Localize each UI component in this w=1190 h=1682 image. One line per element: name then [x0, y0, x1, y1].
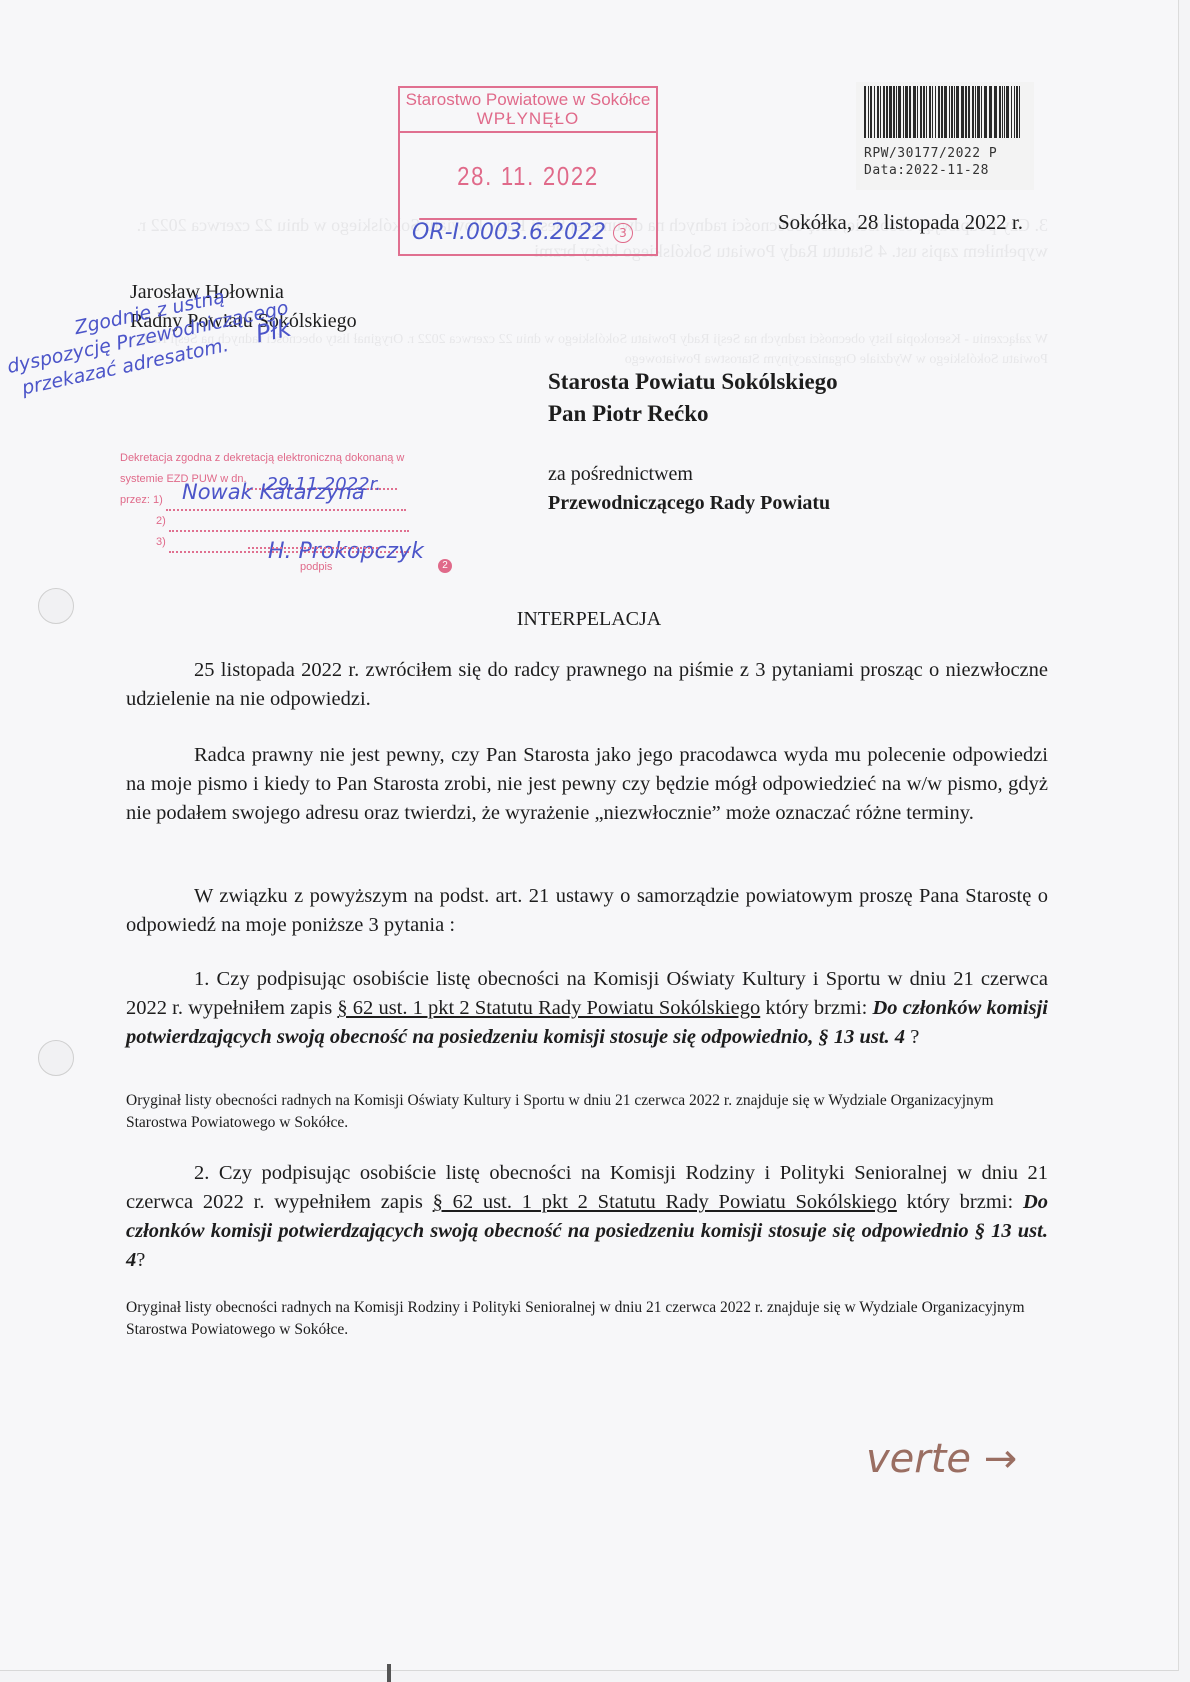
decree-stamp: Dekretacja zgodna z dekretacją elektroni…: [120, 448, 460, 579]
decree-by-2: 2): [120, 511, 460, 532]
barcode-number: RPW/30177/2022 P: [864, 146, 997, 161]
barcode-icon: [864, 86, 1024, 138]
recipient-name: Pan Piotr Rećko: [548, 398, 838, 430]
paragraph-1: 25 listopada 2022 r. zwróciłem się do ra…: [126, 656, 1048, 714]
scanned-page: 3. Czy podpisując osobiście, listę obecn…: [0, 0, 1179, 1671]
question-1-note: Oryginał listy obecności radnych na Komi…: [126, 1090, 1048, 1134]
incoming-stamp: Starostwo Powiatowe w Sokółce WPŁYNĘŁO 2…: [398, 86, 658, 256]
stamp-date: 28. 11. 2022: [419, 133, 637, 220]
recipient-title: Starosta Powiatu Sokólskiego: [548, 366, 838, 398]
paragraph-3: W związku z powyższym na podst. art. 21 …: [126, 882, 1048, 940]
signature-label: podpis: [300, 557, 332, 578]
paragraph-2: Radca prawny nie jest pewny, czy Pan Sta…: [126, 741, 1048, 828]
barcode-label: RPW/30177/2022 P Data:2022-11-28: [856, 82, 1034, 190]
recipient-block: Starosta Powiatu Sokólskiego Pan Piotr R…: [548, 366, 838, 430]
circle-number-icon: 2: [438, 559, 452, 573]
decree-signature-row: H. Prokopczyk podpis 2: [120, 553, 460, 579]
barcode-date: Data:2022-11-28: [864, 163, 989, 178]
decree-by-1: przez: 1) Nowak Katarzyna: [120, 490, 460, 511]
via-label: za pośrednictwem: [548, 460, 830, 489]
question-2: 2. Czy podpisując osobiście listę obecno…: [126, 1159, 1048, 1275]
place-date: Sokółka, 28 listopada 2022 r.: [778, 210, 1023, 235]
decree-text-1: Dekretacja zgodna z dekretacją elektroni…: [120, 448, 460, 469]
initials-signature: Płk: [254, 316, 293, 347]
stamp-office: Starostwo Powiatowe w Sokółce: [400, 88, 656, 109]
via-name: Przewodniczącego Rady Powiatu: [548, 489, 830, 518]
statute-reference: § 62 ust. 1 pkt 2 Statutu Rady Powiatu S…: [337, 997, 760, 1019]
stamp-reference: OR-I.0003.6.2022 3: [400, 220, 656, 254]
statute-reference: § 62 ust. 1 pkt 2 Statutu Rady Powiatu S…: [433, 1191, 897, 1213]
circle-number-icon: 3: [613, 223, 633, 243]
decree-person-1: Nowak Katarzyna: [182, 482, 365, 503]
via-block: za pośrednictwem Przewodniczącego Rady P…: [548, 460, 830, 518]
punch-hole: [38, 1040, 74, 1076]
stamp-label: WPŁYNĘŁO: [400, 109, 656, 133]
binder-clip: [387, 1664, 391, 1682]
question-1: 1. Czy podpisując osobiście listę obecno…: [126, 965, 1048, 1052]
verte-handwritten: verte →: [866, 1436, 1017, 1482]
document-title: INTERPELACJA: [0, 608, 1178, 631]
question-2-note: Oryginał listy obecności radnych na Komi…: [126, 1297, 1048, 1341]
decree-signature: H. Prokopczyk: [268, 541, 424, 562]
